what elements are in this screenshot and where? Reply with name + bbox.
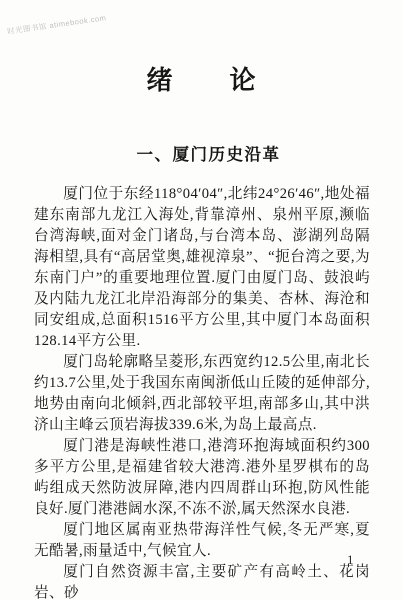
watermark: 时光图书馆 atimebook.com xyxy=(6,12,107,37)
paragraph-4: 厦门地区属南亚热带海洋性气候,冬无严寒,夏无酷暑,雨量适中,气候宜人. xyxy=(34,520,370,562)
chapter-title-char-1: 绪 xyxy=(146,66,173,96)
page-number: 1 xyxy=(347,552,354,568)
paragraph-5: 厦门自然资源丰富,主要矿产有高岭土、花岗岩、砂 xyxy=(34,562,370,600)
book-page: 时光图书馆 atimebook.com 绪 论 一、厦门历史沿革 厦门位于东经1… xyxy=(0,0,403,600)
paragraph-2: 厦门岛轮廓略呈菱形,东西宽约12.5公里,南北长约13.7公里,处于我国东南闽浙… xyxy=(34,352,370,436)
body-text: 厦门位于东经118°04′04″,北纬24°26′46″,地处福建东南部九龙江入… xyxy=(34,184,370,600)
chapter-title: 绪 论 xyxy=(0,66,403,96)
paragraph-1: 厦门位于东经118°04′04″,北纬24°26′46″,地处福建东南部九龙江入… xyxy=(34,184,370,352)
section-heading: 一、厦门历史沿革 xyxy=(0,141,403,165)
paragraph-3: 厦门港是海峡性港口,港湾环抱海域面积约300多平方公里,是福建省较大港湾.港外星… xyxy=(34,436,370,520)
chapter-title-char-2: 论 xyxy=(230,66,257,96)
